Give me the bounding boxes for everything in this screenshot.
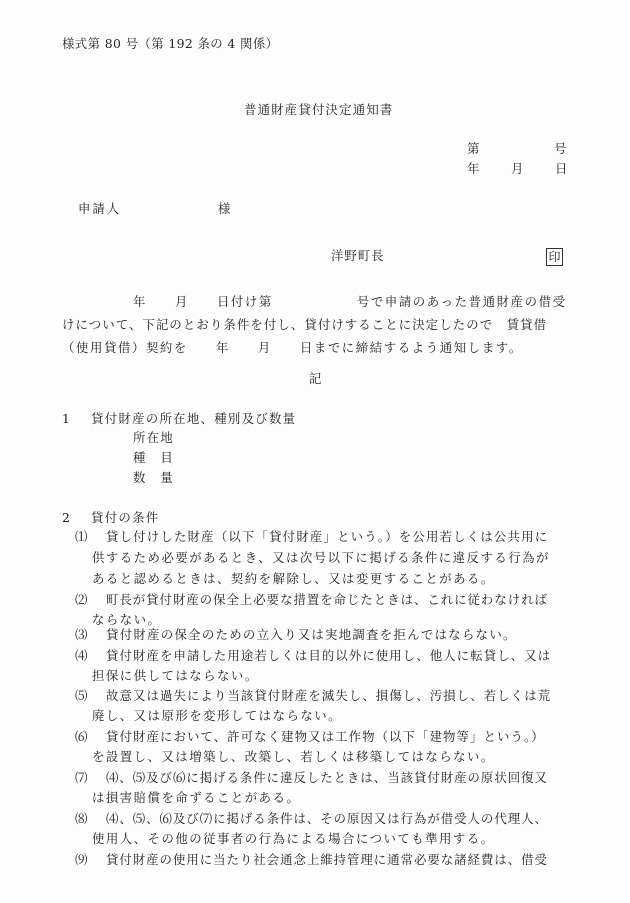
condition-2-line-1: 町長が貸付財産の保全上必要な措置を命じたときは、これに従わなければ [106, 592, 548, 608]
doc-number-prefix: 第 [467, 141, 480, 157]
condition-6-number: ⑹ [75, 729, 88, 745]
doc-number-suffix: 号 [554, 141, 567, 157]
doc-date-year: 年 [467, 161, 480, 177]
ki-marker: 記 [309, 371, 322, 387]
condition-7-line-2: は損害賠償を命ずることがある。 [92, 790, 300, 806]
body-line-2: けについて、下記のとおり条件を付し、貸付けすることに決定したので 賃貸借 [62, 317, 547, 333]
condition-1-line-3: あると認めるときは、契約を解除し、又は変更することがある。 [92, 571, 495, 587]
condition-8-line-1: ⑷、⑸、⑹及び⑺に掲げる条件は、その原因又は行為が借受人の代理人、 [106, 811, 548, 827]
condition-2-line-2: ならない。 [92, 612, 161, 628]
section-1-number: 1 [62, 411, 70, 427]
body-line-3: （使用貸借）契約を 年 月 日までに締結するよう通知します。 [62, 340, 523, 356]
recipient-honorific: 様 [218, 201, 231, 217]
condition-1-line-2: 供するため必要があるとき、又は次号以下に掲げる条件に違反する行為が [92, 550, 550, 566]
condition-1-number: ⑴ [75, 529, 88, 545]
condition-6-line-1: 貸付財産において、許可なく建物又は工作物（以下「建物等」という。） [106, 729, 545, 745]
condition-3-number: ⑶ [75, 627, 88, 643]
condition-1-line-1: 貸し付けした財産（以下「貸付財産」という。）を公用若しくは公共用に [106, 529, 548, 545]
condition-4-line-2: 担保に供してはならない。 [92, 668, 259, 684]
condition-9-number: ⑼ [75, 852, 88, 868]
field-quantity: 数 量 [133, 470, 174, 486]
body-line-1: 年 月 日付け第 号で申請のあった普通財産の借受 [133, 294, 567, 310]
issuer-name: 洋野町長 [331, 248, 385, 264]
condition-8-line-2: 使用人、その他の従事者の行為による場合についても準用する。 [92, 831, 495, 847]
doc-date-day: 日 [555, 161, 568, 177]
form-header: 様式第 80 号（第 192 条の 4 関係） [62, 36, 278, 52]
condition-4-line-1: 貸付財産を申請した用途若しくは目的以外に使用し、他人に転貸し、又は [106, 648, 551, 664]
condition-5-line-1: 故意又は過失により当該貸付財産を滅失し、損傷し、汚損し、若しくは荒 [106, 688, 551, 704]
condition-8-number: ⑻ [75, 811, 88, 827]
condition-7-number: ⑺ [75, 770, 88, 786]
condition-5-line-2: 廃し、又は原形を変形してはならない。 [92, 708, 342, 724]
condition-9-line-1: 貸付財産の使用に当たり社会通念上維持管理に通常必要な諸経費は、借受 [106, 852, 548, 868]
condition-3-line-1: 貸付財産の保全のための立入り又は実地調査を拒んではならない。 [106, 627, 517, 643]
field-category: 種 目 [133, 450, 174, 466]
seal-mark: 印 [546, 248, 563, 266]
section-2-title: 貸付の条件 [91, 510, 159, 526]
condition-4-number: ⑷ [75, 648, 88, 664]
condition-5-number: ⑸ [75, 688, 88, 704]
condition-7-line-1: ⑷、⑸及び⑹に掲げる条件に違反したときは、当該貸付財産の原状回復又 [106, 770, 548, 786]
document-title: 普通財産貸付決定通知書 [244, 102, 394, 118]
recipient-label: 申請人 [78, 201, 121, 217]
condition-2-number: ⑵ [75, 592, 88, 608]
field-location: 所在地 [133, 430, 174, 446]
condition-6-line-2: を設置し、又は増築し、改築し、若しくは移築してはならない。 [92, 749, 495, 765]
section-1-title: 貸付財産の所在地、種別及び数量 [91, 411, 296, 427]
section-2-number: 2 [62, 510, 70, 526]
doc-date-month: 月 [511, 161, 524, 177]
